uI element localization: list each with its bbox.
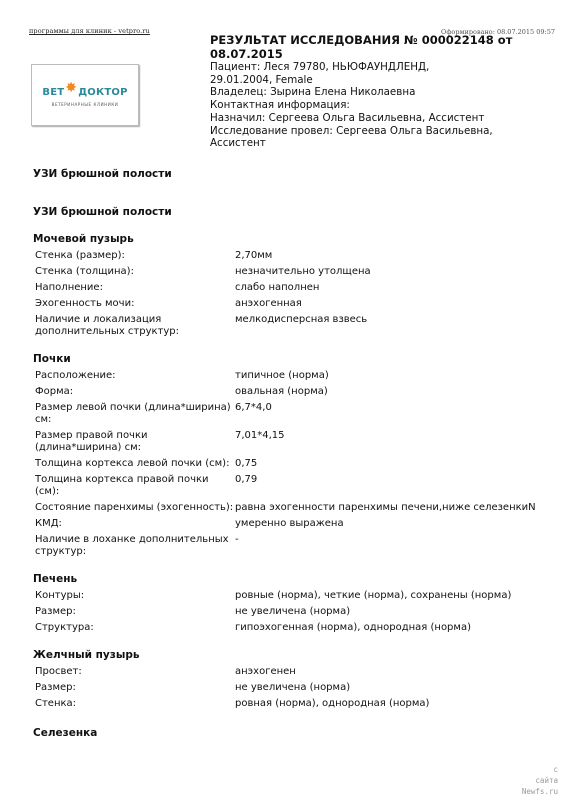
row-value: ровные (норма), четкие (норма), сохранен…	[235, 590, 543, 602]
table-row: Стенка:ровная (норма), однородная (норма…	[33, 698, 543, 710]
row-label: Стенка (толщина):	[33, 266, 235, 278]
row-value: равна эхогенности паренхимы печени,ниже …	[235, 502, 543, 514]
row-label: Расположение:	[33, 370, 235, 382]
row-value: незначительно утолщена	[235, 266, 543, 278]
table-row: Контуры:ровные (норма), четкие (норма), …	[33, 590, 543, 602]
report-title-line2: 08.07.2015	[210, 48, 560, 62]
report-header: РЕЗУЛЬТАТ ИССЛЕДОВАНИЯ № 000022148 от 08…	[210, 34, 560, 150]
table-row: Расположение:типичное (норма)	[33, 370, 543, 382]
row-label: Структура:	[33, 622, 235, 634]
section-title: Мочевой пузырь	[33, 233, 543, 246]
row-value: типичное (норма)	[235, 370, 543, 382]
table-row: Структура:гипоэхогенная (норма), однород…	[33, 622, 543, 634]
table-row: Размер правой почки (длина*ширина) см:7,…	[33, 430, 543, 454]
row-value: 7,01*4,15	[235, 430, 543, 454]
row-label: Размер:	[33, 606, 235, 618]
clinic-software-link[interactable]: программы для клиник - vetpro.ru	[29, 27, 150, 35]
contact-line: Контактная информация:	[210, 99, 560, 112]
row-label: Стенка (размер):	[33, 250, 235, 262]
row-value: 6,7*4,0	[235, 402, 543, 426]
row-label: Состояние паренхимы (эхогенность):	[33, 502, 235, 514]
watermark: с сайта Newfs.ru	[522, 764, 558, 797]
row-value: мелкодисперсная взвесь	[235, 314, 543, 338]
study-title: УЗИ брюшной полости	[33, 168, 543, 180]
performed-line1: Исследование провел: Сергеева Ольга Васи…	[210, 125, 560, 138]
sections-container: Мочевой пузырьСтенка (размер):2,70ммСтен…	[33, 233, 543, 740]
star-splash-icon: ✸	[65, 80, 77, 96]
table-row: Наполнение:слабо наполнен	[33, 282, 543, 294]
table-row: Эхогенность мочи:анэхогенная	[33, 298, 543, 310]
watermark-line1: с	[522, 764, 558, 775]
row-value: слабо наполнен	[235, 282, 543, 294]
row-value: не увеличена (норма)	[235, 606, 543, 618]
logo-brand: ВЕТ✸ДОКТОР	[32, 83, 138, 99]
table-row: КМД:умеренно выражена	[33, 518, 543, 530]
section-title: Почки	[33, 353, 543, 366]
table-row: Толщина кортекса правой почки (см):0,79	[33, 474, 543, 498]
row-value: 2,70мм	[235, 250, 543, 262]
table-row: Наличие и локализация дополнительных стр…	[33, 314, 543, 338]
row-label: Просвет:	[33, 666, 235, 678]
row-value: 0,79	[235, 474, 543, 498]
owner-line: Владелец: Зырина Елена Николаевна	[210, 86, 560, 99]
row-label: КМД:	[33, 518, 235, 530]
row-label: Толщина кортекса левой почки (см):	[33, 458, 235, 470]
watermark-line2: сайта	[522, 775, 558, 786]
row-value: анэхогенен	[235, 666, 543, 678]
section-1: ПочкиРасположение:типичное (норма)Форма:…	[33, 353, 543, 558]
row-value: 0,75	[235, 458, 543, 470]
section-2: ПеченьКонтуры:ровные (норма), четкие (но…	[33, 573, 543, 634]
table-row: Наличие в лоханке дополнительных структу…	[33, 534, 543, 558]
row-value: -	[235, 534, 543, 558]
assigned-line: Назначил: Сергеева Ольга Васильевна, Асс…	[210, 112, 560, 125]
performed-line2: Ассистент	[210, 137, 560, 150]
row-value: не увеличена (норма)	[235, 682, 543, 694]
section-title: Желчный пузырь	[33, 649, 543, 662]
logo-brand-left: ВЕТ	[42, 87, 64, 98]
table-row: Состояние паренхимы (эхогенность):равна …	[33, 502, 543, 514]
row-value: умеренно выражена	[235, 518, 543, 530]
row-value: гипоэхогенная (норма), однородная (норма…	[235, 622, 543, 634]
table-row: Толщина кортекса левой почки (см):0,75	[33, 458, 543, 470]
row-label: Размер левой почки (длина*ширина) см:	[33, 402, 235, 426]
section-title: Селезенка	[33, 727, 543, 740]
row-label: Наличие в лоханке дополнительных структу…	[33, 534, 235, 558]
table-row: Просвет:анэхогенен	[33, 666, 543, 678]
row-value: овальная (норма)	[235, 386, 543, 398]
row-label: Наличие и локализация дополнительных стр…	[33, 314, 235, 338]
clinic-logo: ВЕТ✸ДОКТОР ВЕТЕРИНАРНЫЕ КЛИНИКИ	[31, 64, 139, 126]
row-label: Толщина кортекса правой почки (см):	[33, 474, 235, 498]
row-label: Размер:	[33, 682, 235, 694]
row-label: Размер правой почки (длина*ширина) см:	[33, 430, 235, 454]
row-value: ровная (норма), однородная (норма)	[235, 698, 543, 710]
section-3: Желчный пузырьПросвет:анэхогененРазмер:н…	[33, 649, 543, 710]
patient-line2: 29.01.2004, Female	[210, 74, 560, 87]
logo-tagline: ВЕТЕРИНАРНЫЕ КЛИНИКИ	[32, 102, 138, 107]
table-row: Размер:не увеличена (норма)	[33, 606, 543, 618]
row-label: Стенка:	[33, 698, 235, 710]
table-row: Форма:овальная (норма)	[33, 386, 543, 398]
table-row: Размер:не увеличена (норма)	[33, 682, 543, 694]
section-4: Селезенка	[33, 727, 543, 740]
table-row: Стенка (толщина):незначительно утолщена	[33, 266, 543, 278]
row-value: анэхогенная	[235, 298, 543, 310]
row-label: Эхогенность мочи:	[33, 298, 235, 310]
watermark-line3: Newfs.ru	[522, 786, 558, 797]
report-title-line1: РЕЗУЛЬТАТ ИССЛЕДОВАНИЯ № 000022148 от	[210, 34, 560, 48]
study-subtitle: УЗИ брюшной полости	[33, 206, 543, 218]
section-0: Мочевой пузырьСтенка (размер):2,70ммСтен…	[33, 233, 543, 338]
table-row: Размер левой почки (длина*ширина) см:6,7…	[33, 402, 543, 426]
logo-brand-right: ДОКТОР	[78, 87, 127, 98]
report-content: УЗИ брюшной полости УЗИ брюшной полости …	[33, 168, 543, 740]
patient-line1: Пациент: Леся 79780, НЬЮФАУНДЛЕНД,	[210, 61, 560, 74]
row-label: Форма:	[33, 386, 235, 398]
row-label: Контуры:	[33, 590, 235, 602]
table-row: Стенка (размер):2,70мм	[33, 250, 543, 262]
section-title: Печень	[33, 573, 543, 586]
row-label: Наполнение:	[33, 282, 235, 294]
